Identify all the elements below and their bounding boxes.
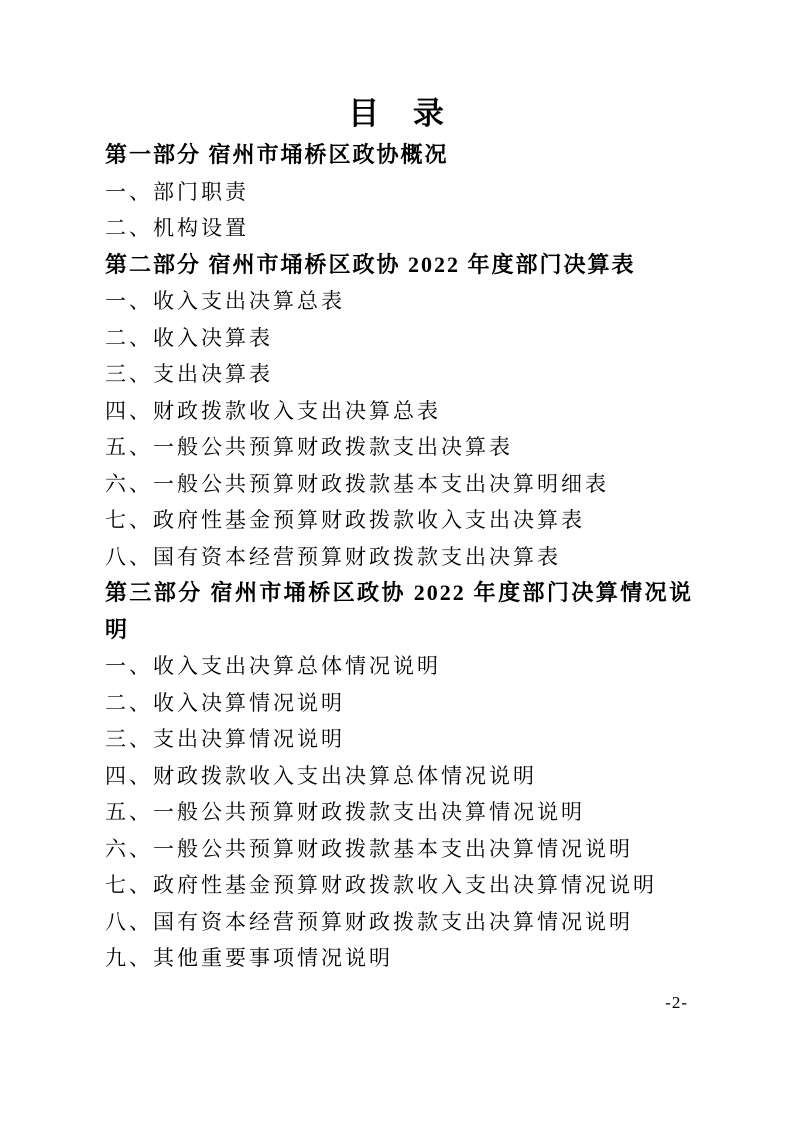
- toc-section-3-heading: 第三部分 宿州市埇桥区政协 2022 年度部门决算情况说明: [105, 575, 693, 648]
- toc-item: 八、国有资本经营预算财政拨款支出决算表: [105, 539, 693, 576]
- toc-item: 七、政府性基金预算财政拨款收入支出决算情况说明: [105, 867, 693, 904]
- toc-item: 三、支出决算表: [105, 356, 693, 393]
- toc-item: 一、部门职责: [105, 174, 693, 211]
- toc-item: 一、收入支出决算总表: [105, 283, 693, 320]
- toc-item: 二、收入决算情况说明: [105, 685, 693, 722]
- toc-section-2-heading: 第二部分 宿州市埇桥区政协 2022 年度部门决算表: [105, 247, 693, 284]
- toc-item: 二、机构设置: [105, 210, 693, 247]
- toc-item: 七、政府性基金预算财政拨款收入支出决算表: [105, 502, 693, 539]
- toc-item: 五、一般公共预算财政拨款支出决算表: [105, 429, 693, 466]
- toc-item: 一、收入支出决算总体情况说明: [105, 648, 693, 685]
- table-of-contents: 第一部分 宿州市埇桥区政协概况 一、部门职责 二、机构设置 第二部分 宿州市埇桥…: [105, 137, 693, 977]
- toc-item: 八、国有资本经营预算财政拨款支出决算情况说明: [105, 904, 693, 941]
- document-page: 目 录 第一部分 宿州市埇桥区政协概况 一、部门职责 二、机构设置 第二部分 宿…: [0, 0, 794, 1122]
- toc-item: 四、财政拨款收入支出决算总体情况说明: [105, 758, 693, 795]
- toc-item: 六、一般公共预算财政拨款基本支出决算情况说明: [105, 831, 693, 868]
- toc-item: 九、其他重要事项情况说明: [105, 940, 693, 977]
- toc-section-1-heading: 第一部分 宿州市埇桥区政协概况: [105, 137, 693, 174]
- toc-item: 六、一般公共预算财政拨款基本支出决算明细表: [105, 466, 693, 503]
- page-number: -2-: [665, 993, 688, 1013]
- toc-item: 三、支出决算情况说明: [105, 721, 693, 758]
- toc-item: 二、收入决算表: [105, 320, 693, 357]
- toc-item: 五、一般公共预算财政拨款支出决算情况说明: [105, 794, 693, 831]
- toc-item: 四、财政拨款收入支出决算总表: [105, 393, 693, 430]
- toc-title: 目 录: [0, 88, 794, 133]
